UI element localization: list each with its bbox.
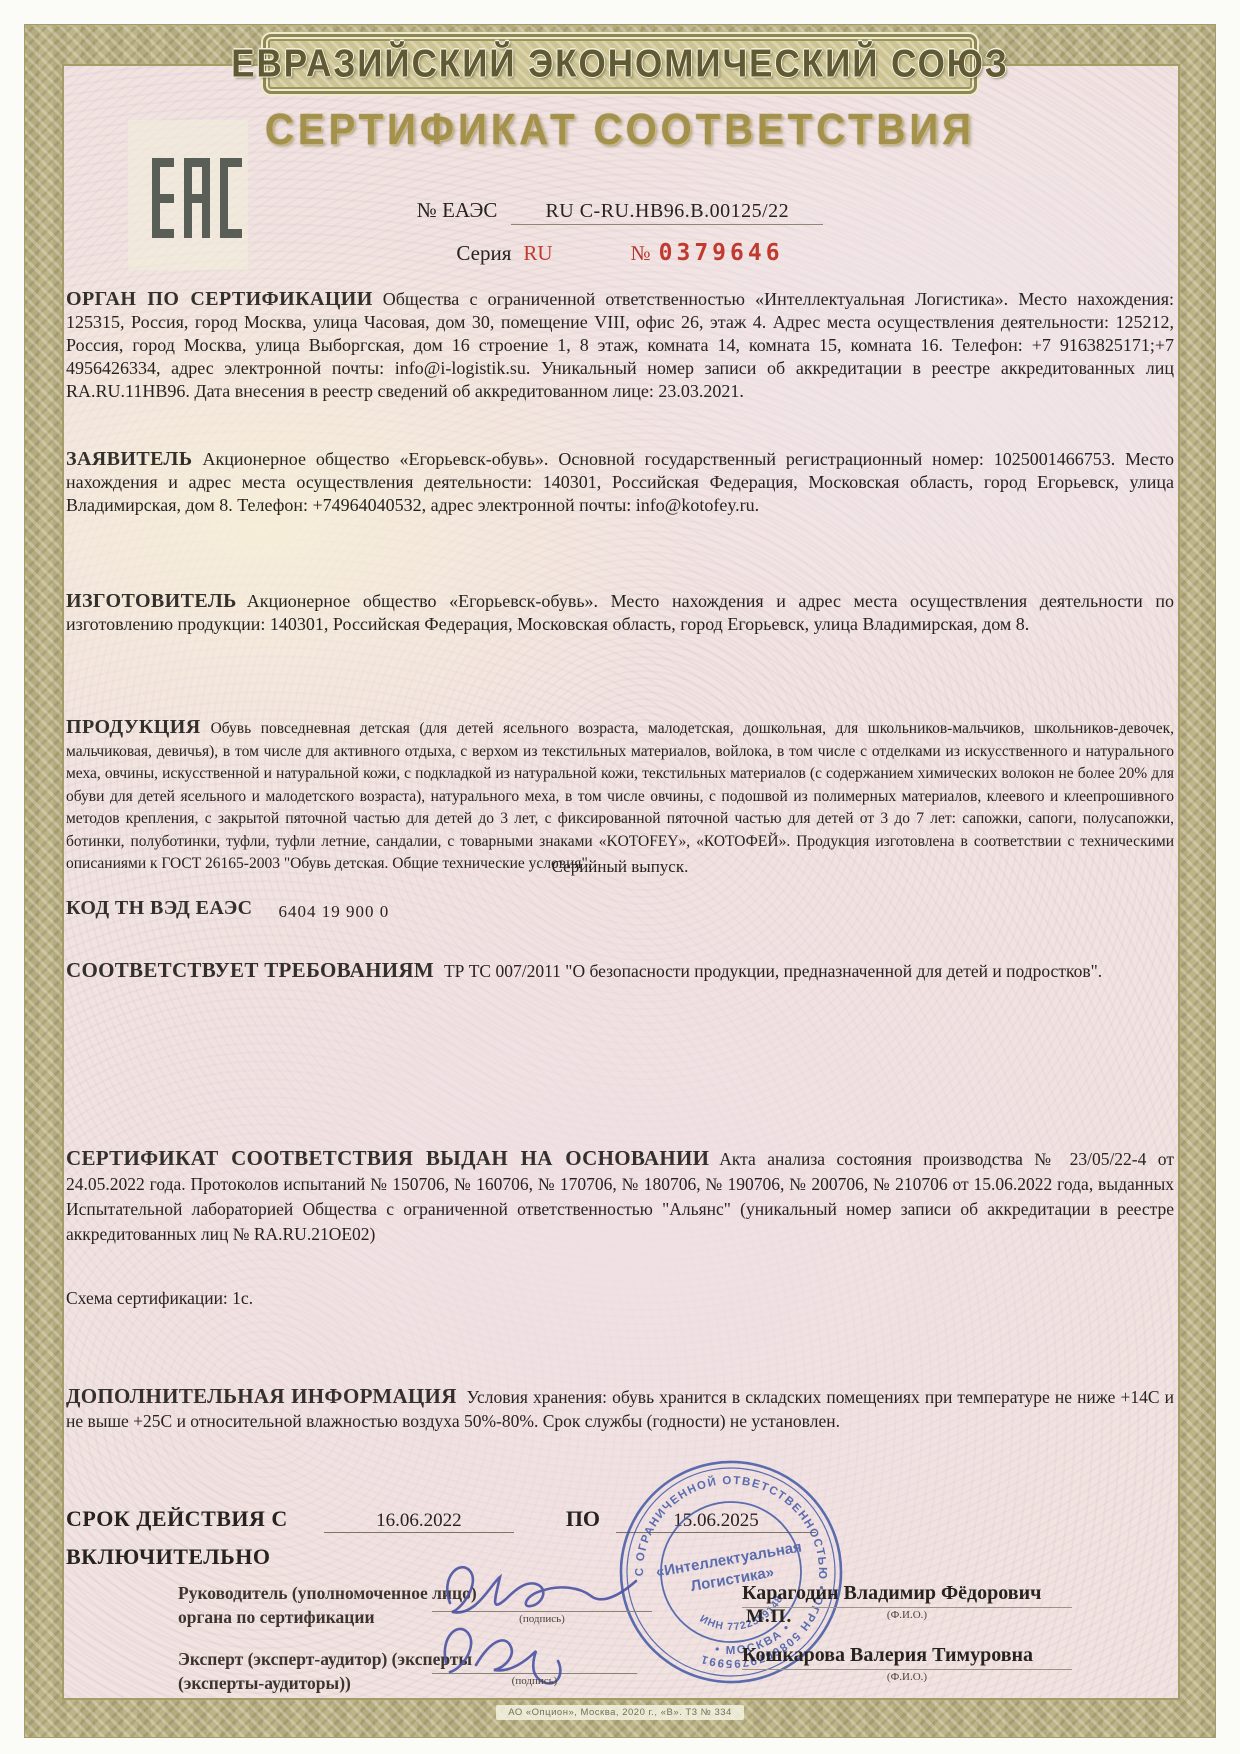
tnved-code-label: КОД ТН ВЭД ЕАЭС: [66, 897, 253, 919]
validity-inclusive-label: ВКЛЮЧИТЕЛЬНО: [66, 1544, 270, 1570]
expert-name: Кошкарова Валерия Тимуровна: [742, 1644, 1072, 1670]
serial-issue-note: Серийный выпуск.: [66, 857, 1174, 877]
union-title: ЕВРАЗИЙСКИЙ ЭКОНОМИЧЕСКИЙ СОЮЗ: [231, 42, 1009, 87]
validity-to-label: ПО: [566, 1506, 600, 1532]
validity-from-label: СРОК ДЕЙСТВИЯ С: [66, 1506, 288, 1532]
certification-scheme: Схема сертификации: 1с.: [66, 1288, 1174, 1309]
serial-number-value: 0379646: [659, 240, 784, 266]
products-text: Обувь повседневная детская (для детей яс…: [66, 720, 1174, 872]
section-additional-info: ДОПОЛНИТЕЛЬНАЯ ИНФОРМАЦИЯУсловия хранени…: [66, 1384, 1174, 1433]
section-requirements: СООТВЕТСТВУЕТ ТРЕБОВАНИЯМТР ТС 007/2011 …: [66, 958, 1174, 983]
requirements-text: ТР ТС 007/2011 "О безопасности продукции…: [444, 961, 1102, 981]
issued-on-basis-label: СЕРТИФИКАТ СООТВЕТСТВИЯ ВЫДАН НА ОСНОВАН…: [66, 1146, 709, 1170]
certificate-page: ЕВРАЗИЙСКИЙ ЭКОНОМИЧЕСКИЙ СОЮЗ СЕРТИФИКА…: [0, 0, 1240, 1754]
expert-signature-line: (подпись): [432, 1622, 637, 1674]
products-label: ПРОДУКЦИЯ: [66, 716, 201, 738]
series-line: Серия RU № 0379646: [0, 240, 1240, 266]
certificate-number-label: № ЕАЭС: [417, 198, 498, 223]
section-applicant: ЗАЯВИТЕЛЬАкционерное общество «Егорьевск…: [66, 448, 1174, 517]
stamp-place-label: М.П.: [746, 1606, 792, 1628]
applicant-text: Акционерное общество «Егорьевск-обувь». …: [66, 449, 1174, 515]
requirements-label: СООТВЕТСТВУЕТ ТРЕБОВАНИЯМ: [66, 958, 434, 982]
section-manufacturer: ИЗГОТОВИТЕЛЬАкционерное общество «Егорье…: [66, 590, 1174, 636]
section-products: ПРОДУКЦИЯОбувь повседневная детская (для…: [66, 716, 1174, 876]
expert-fio-caption: (Ф.И.О.): [742, 1671, 1072, 1683]
series-label: Серия: [456, 241, 511, 266]
manufacturer-label: ИЗГОТОВИТЕЛЬ: [66, 590, 237, 612]
printer-note: АО «Опцион», Москва, 2020 г., «В». Т3 № …: [496, 1705, 744, 1720]
expert-sign-caption: (подпись): [432, 1675, 637, 1687]
tnved-code-value: 6404 19 900 0: [279, 902, 390, 921]
printer-note-row: АО «Опцион», Москва, 2020 г., «В». Т3 № …: [0, 1702, 1240, 1720]
tnved-code-row: КОД ТН ВЭД ЕАЭС6404 19 900 0: [66, 897, 389, 920]
section-certification-body: ОРГАН ПО СЕРТИФИКАЦИИОбщества с ограниче…: [66, 288, 1174, 403]
applicant-label: ЗАЯВИТЕЛЬ: [66, 448, 192, 470]
validity-from-date: 16.06.2022: [324, 1510, 514, 1533]
section-issued-on-basis: СЕРТИФИКАТ СООТВЕТСТВИЯ ВЫДАН НА ОСНОВАН…: [66, 1146, 1174, 1247]
series-value: RU: [523, 241, 552, 266]
head-signature-line: (подпись): [432, 1556, 652, 1612]
certificate-title: СЕРТИФИКАТ СООТВЕТСТВИЯ: [0, 106, 1240, 155]
certificate-number-value: RU C-RU.HB96.B.00125/22: [511, 200, 823, 225]
additional-info-label: ДОПОЛНИТЕЛЬНАЯ ИНФОРМАЦИЯ: [66, 1384, 457, 1408]
certification-body-label: ОРГАН ПО СЕРТИФИКАЦИИ: [66, 288, 373, 310]
certificate-number-line: № ЕАЭС RU C-RU.HB96.B.00125/22: [0, 198, 1240, 225]
serial-number-label: №: [631, 241, 651, 266]
head-name: Карагодин Владимир Фёдорович: [742, 1582, 1072, 1608]
union-banner: ЕВРАЗИЙСКИЙ ЭКОНОМИЧЕСКИЙ СОЮЗ: [263, 34, 977, 94]
expert-name-block: Кошкарова Валерия Тимуровна (Ф.И.О.): [742, 1644, 1072, 1683]
